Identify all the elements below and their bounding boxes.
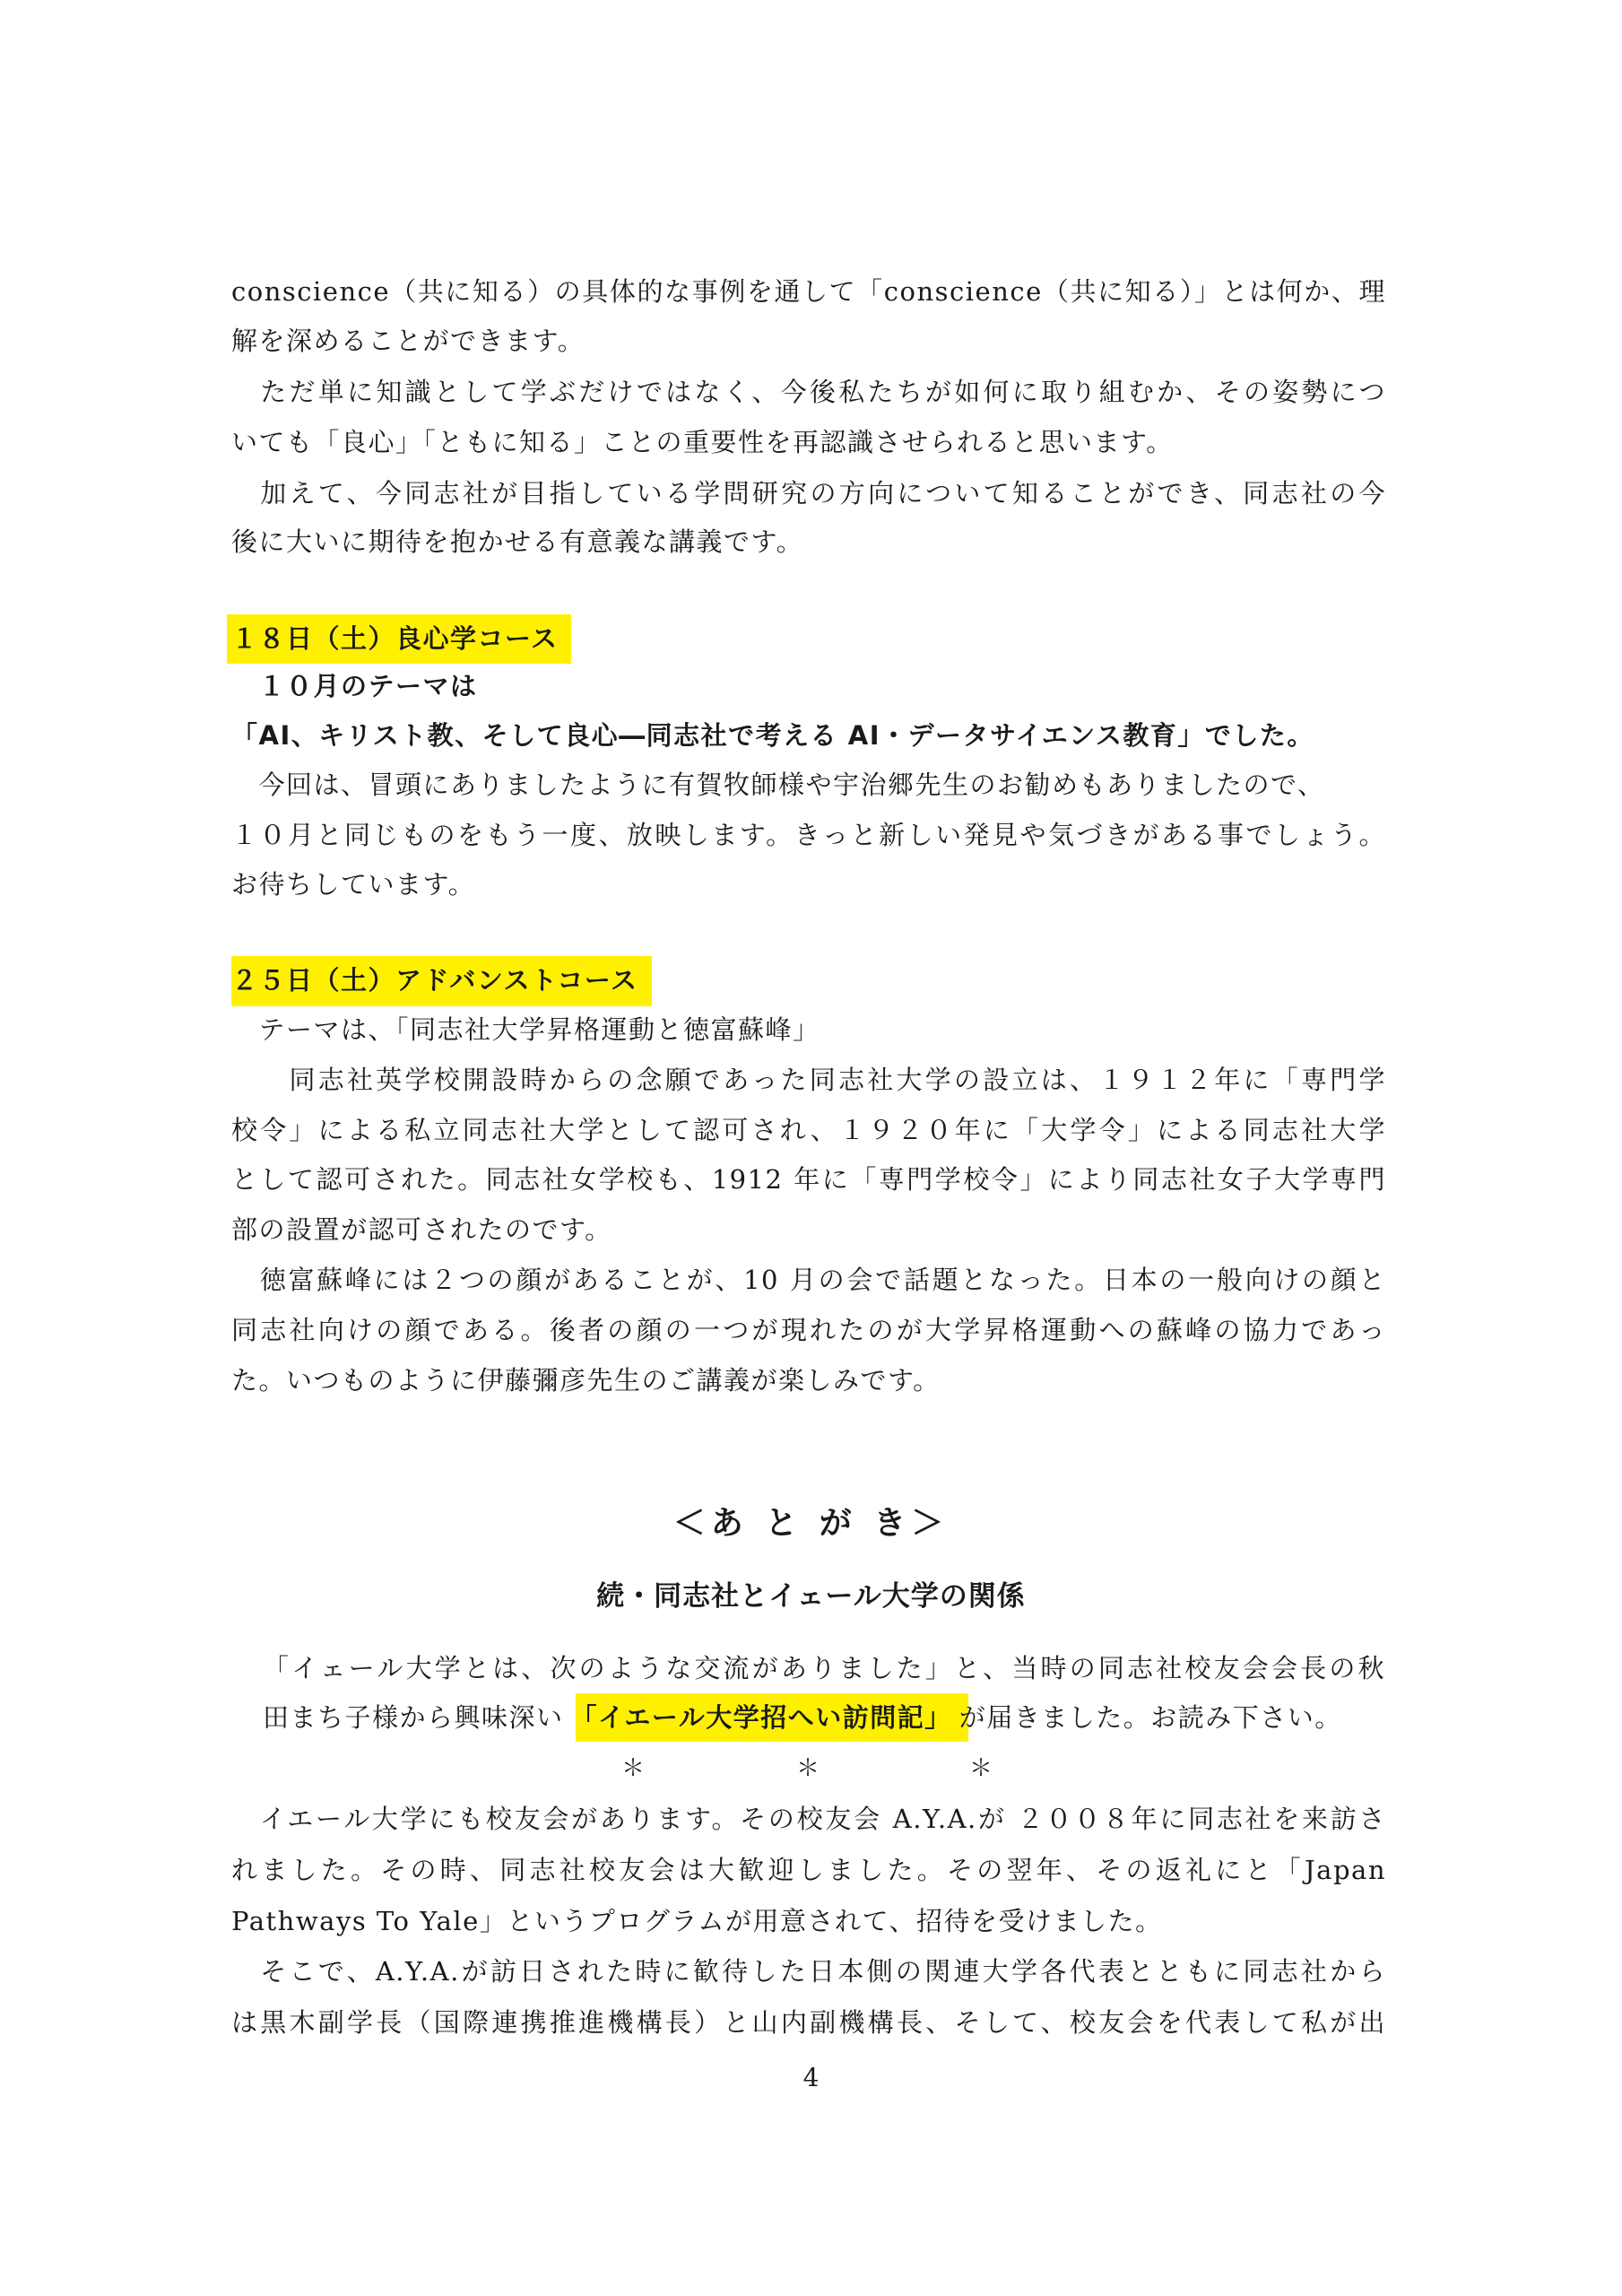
section-25-line-5: 徳富蘇峰には２つの顔があることが、10 月の会で話題となった。日本の一般向けの顔…	[231, 1262, 1386, 1298]
afterword-line-3: Pathways To Yale」というプログラムが用意されて、招待を受けました…	[231, 1903, 1162, 1939]
afterword-intro-pre: 田まち子様から興味深い	[263, 1702, 564, 1733]
section-18-line-2: １０月と同じものをもう一度、放映します。きっと新しい発見や気づきがある事でしょう…	[231, 817, 1386, 853]
intro-line-6: 後に大いに期待を抱かせる有意義な講義です。	[231, 524, 803, 560]
section-18-line-1: 今回は、冒頭にありましたように有賀牧師様や宇治郷先生のお勧めもありましたので、	[231, 767, 1324, 803]
separator-star-2: ＊	[796, 1751, 821, 1787]
section-25-line-1: 同志社英学校開設時からの念願であった同志社大学の設立は、１９１２年に「専門学	[231, 1062, 1386, 1098]
section-25-line-3: として認可された。同志社女学校も、1912 年に「専門学校令」により同志社女子大…	[231, 1161, 1386, 1197]
afterword-line-2: れました。その時、同志社校友会は大歓迎しました。その翌年、その返礼にと「Japa…	[231, 1852, 1386, 1888]
afterword-visit-record-title: 「イエール大学招へい訪問記」	[571, 1702, 952, 1733]
section-25-theme: テーマは、「同志社大学昇格運動と徳富蘇峰」	[231, 1012, 820, 1048]
afterword-subtitle: 続・同志社とイェール大学の関係	[0, 1573, 1622, 1613]
section-25-heading: ２５日（土）アドバンストコース	[231, 962, 638, 998]
section-18-theme: 「AI、キリスト教、そして良心―同志社で考える AI・データサイエンス教育」でし…	[231, 717, 1314, 753]
section-18-line-3: お待ちしています。	[231, 866, 475, 902]
section-18-heading: １８日（土）良心学コース	[231, 621, 559, 657]
afterword-title: ＜あ と が き＞	[0, 1498, 1622, 1544]
afterword-intro-line-1: 「イェール大学とは、次のような交流がありました」と、当時の同志社校友会会長の秋	[263, 1650, 1385, 1686]
section-25-line-7: た。いつものように伊藤彌彦先生のご講義が楽しみです。	[231, 1362, 941, 1398]
intro-line-2: 解を深めることができます。	[231, 323, 585, 359]
afterword-line-1: イエール大学にも校友会があります。その校友会 A.Y.A.が ２００８年に同志社…	[231, 1801, 1386, 1837]
section-25-line-4: 部の設置が認可されたのです。	[231, 1212, 612, 1248]
section-25-line-2: 校令」による私立同志社大学として認可され、１９２０年に「大学令」による同志社大学	[231, 1112, 1386, 1148]
intro-line-1: conscience（共に知る）の具体的な事例を通して「conscience（共…	[231, 274, 1386, 309]
page-number: 4	[0, 2063, 1622, 2092]
section-25-line-6: 同志社向けの顔である。後者の顔の一つが現れたのが大学昇格運動への蘇峰の協力であっ	[231, 1312, 1386, 1348]
section-18-subheading: １０月のテーマは	[231, 668, 478, 704]
intro-line-3: ただ単に知識として学ぶだけではなく、今後私たちが如何に取り組むか、その姿勢につ	[231, 374, 1386, 410]
separator-star-3: ＊	[969, 1751, 994, 1787]
afterword-line-5: は黒木副学長（国際連携推進機構長）と山内副機構長、そして、校友会を代表して私が出	[231, 2005, 1386, 2040]
intro-line-5: 加えて、今同志社が目指している学問研究の方向について知ることができ、同志社の今	[231, 475, 1386, 511]
separator-star-1: ＊	[621, 1751, 646, 1787]
afterword-line-4: そこで、A.Y.A.が訪日された時に歓待した日本側の関連大学各代表とともに同志社…	[231, 1953, 1386, 1989]
afterword-intro-post: が届きました。お読み下さい。	[959, 1702, 1342, 1733]
intro-line-4: いても「良心」「ともに知る」ことの重要性を再認識させられると思います。	[231, 424, 1174, 460]
document-page: conscience（共に知る）の具体的な事例を通して「conscience（共…	[0, 0, 1622, 2296]
afterword-intro-line-2: 田まち子様から興味深い「イエール大学招へい訪問記」が届きました。お読み下さい。	[263, 1700, 1342, 1735]
